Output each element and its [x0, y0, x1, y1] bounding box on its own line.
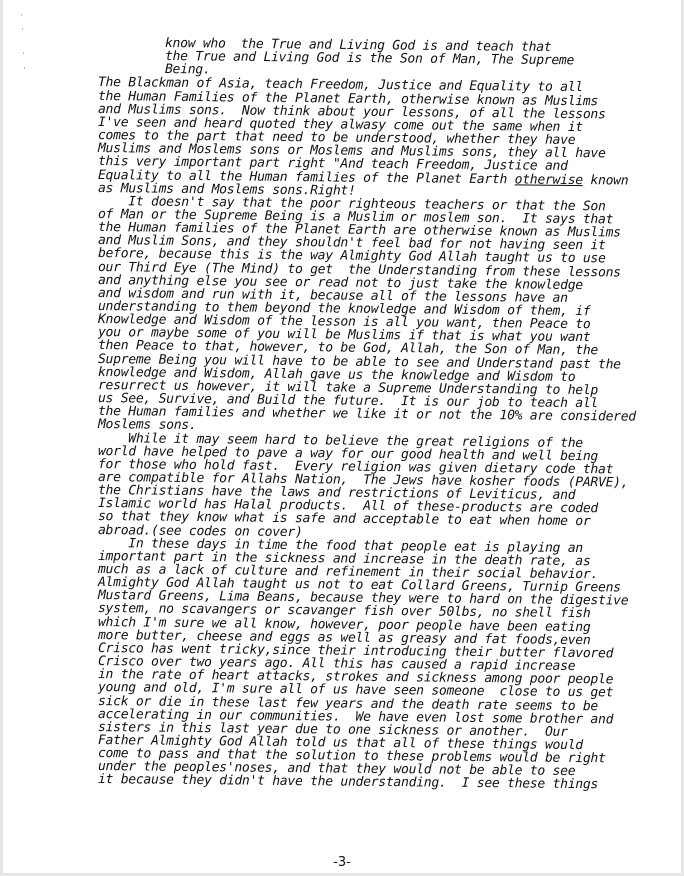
text-line: Being.: [165, 63, 211, 76]
scan-speck: [23, 52, 24, 54]
text-line: it because they didn't have the understa…: [98, 773, 598, 791]
underlined-word: otherwise: [515, 172, 583, 188]
scan-speck: [21, 14, 22, 16]
scan-speck: [24, 67, 25, 69]
document-page: know who the True and Living God is and …: [3, 0, 681, 873]
scan-speck: [22, 28, 23, 30]
page-number: -3-: [3, 855, 681, 870]
text-line: the True and Living God is the Son of Ma…: [165, 50, 574, 67]
